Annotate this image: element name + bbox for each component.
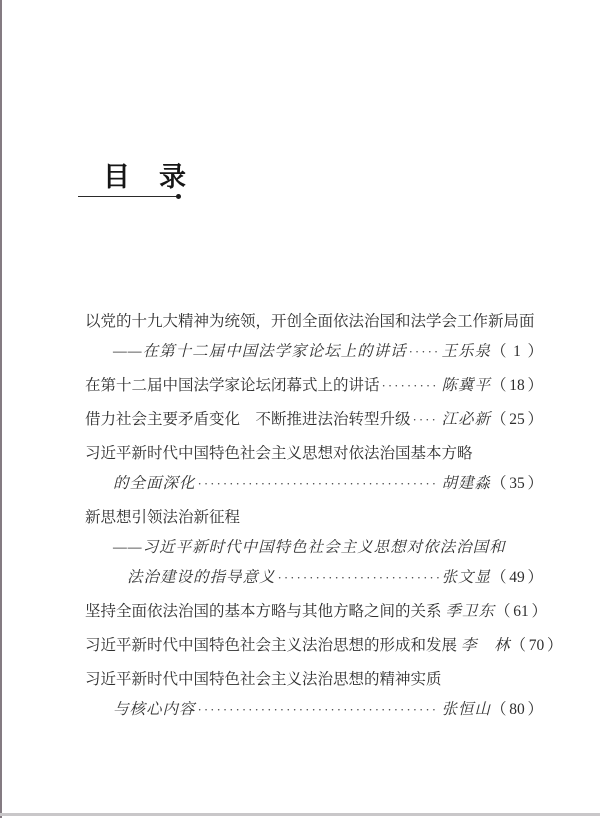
author-name: 李 林 (461, 631, 511, 661)
toc-entry-line: ——习近平新时代中国特色社会主义思想对依法治国和 (85, 533, 543, 563)
title-underline (78, 196, 178, 197)
entry-title-text: 借力社会主要矛盾变化 不断推进法治转型升级 (85, 405, 411, 435)
paren-open: （ (491, 371, 507, 401)
page-number-value: 18 (509, 371, 525, 401)
dot-leader (413, 405, 440, 435)
page-number: （35） (491, 469, 543, 499)
entry-subtitle-text: 的全面深化 (113, 469, 196, 499)
page-number-value: 35 (509, 469, 525, 499)
paren-close: ） (532, 597, 548, 627)
entry-title-text: 习近平新时代中国特色社会主义法治思想的精神实质 (85, 665, 442, 695)
paren-close: ） (527, 405, 543, 435)
toc-entry-line: 在第十二届中国法学家论坛闭幕式上的讲话 陈冀平 （18） (85, 371, 543, 401)
dot-leader (382, 371, 440, 401)
paren-close: ） (527, 469, 543, 499)
paren-close: ） (527, 563, 543, 593)
paren-open: （ (491, 405, 507, 435)
toc-entry: 坚持全面依法治国的基本方略与其他方略之间的关系 季卫东 （61） (85, 597, 543, 627)
toc-entry-line: 习近平新时代中国特色社会主义法治思想的形成和发展 李 林 （70） (85, 631, 543, 661)
page-number: （49） (491, 563, 543, 593)
page-number-value: 70 (529, 631, 545, 661)
entry-title-text: 在第十二届中国法学家论坛闭幕式上的讲话 (85, 371, 380, 401)
entry-subtitle-text: ——习近平新时代中国特色社会主义思想对依法治国和 (113, 533, 506, 563)
author-name: 季卫东 (446, 597, 496, 627)
toc-entry: 以党的十九大精神为统领，开创全面依法治国和法学会工作新局面 ——在第十二届中国法… (85, 307, 543, 367)
entry-title-text: 坚持全面依法治国的基本方略与其他方略之间的关系 (85, 597, 442, 627)
page-content: 目 录 以党的十九大精神为统领，开创全面依法治国和法学会工作新局面 ——在第十二… (0, 164, 600, 725)
dot-leader (278, 563, 440, 593)
toc-entry: 习近平新时代中国特色社会主义思想对依法治国基本方略 的全面深化 胡建淼 （35） (85, 439, 543, 499)
author-name: 胡建淼 (441, 469, 491, 499)
entry-subtitle-text: ——在第十二届中国法学家论坛上的讲话 (113, 337, 407, 367)
page-number-value: 80 (509, 695, 525, 725)
entry-title-text: 以党的十九大精神为统领，开创全面依法治国和法学会工作新局面 (85, 307, 535, 337)
toc-entry-line: 与核心内容 张恒山 （80） (85, 695, 543, 725)
page-number: （1） (491, 337, 543, 367)
page-number: （18） (491, 371, 543, 401)
toc-entry: 借力社会主要矛盾变化 不断推进法治转型升级 江必新 （25） (85, 405, 543, 435)
paren-open: （ (491, 695, 507, 725)
toc-entry-line: ——在第十二届中国法学家论坛上的讲话 王乐泉 （1） (85, 337, 543, 367)
paren-close: ） (527, 337, 543, 367)
toc-entry-line: 习近平新时代中国特色社会主义法治思想的精神实质 (85, 665, 543, 695)
paren-open: （ (491, 563, 507, 593)
author-name: 王乐泉 (441, 337, 491, 367)
dot-leader (198, 469, 440, 499)
toc-entry: 在第十二届中国法学家论坛闭幕式上的讲话 陈冀平 （18） (85, 371, 543, 401)
paren-open: （ (495, 597, 511, 627)
toc-entry-line: 坚持全面依法治国的基本方略与其他方略之间的关系 季卫东 （61） (85, 597, 543, 627)
toc-entry-line: 新思想引领法治新征程 (85, 503, 543, 533)
paren-open: （ (491, 337, 507, 367)
page-number-value: 49 (509, 563, 525, 593)
paren-close: ） (547, 631, 563, 661)
toc-entry-line: 法治建设的指导意义 张文显 （49） (85, 563, 543, 593)
page-number: （25） (491, 405, 543, 435)
entry-title-text: 习近平新时代中国特色社会主义思想对依法治国基本方略 (85, 439, 473, 469)
paren-open: （ (491, 469, 507, 499)
toc-entry: 习近平新时代中国特色社会主义法治思想的形成和发展 李 林 （70） (85, 631, 543, 661)
paren-open: （ (511, 631, 527, 661)
toc-entry-line: 习近平新时代中国特色社会主义思想对依法治国基本方略 (85, 439, 543, 469)
page-bottom-edge-line (0, 813, 600, 816)
toc-entry-line: 的全面深化 胡建淼 （35） (85, 469, 543, 499)
page-number: （61） (495, 597, 547, 627)
toc-entry-line: 以党的十九大精神为统领，开创全面依法治国和法学会工作新局面 (85, 307, 543, 337)
toc-entry: 习近平新时代中国特色社会主义法治思想的精神实质 与核心内容 张恒山 （80） (85, 665, 543, 725)
page-number: （70） (511, 631, 563, 661)
author-name: 张文显 (441, 563, 491, 593)
entry-title-text: 习近平新时代中国特色社会主义法治思想的形成和发展 (85, 631, 457, 661)
author-name: 江必新 (441, 405, 491, 435)
author-name: 陈冀平 (441, 371, 491, 401)
paren-close: ） (527, 695, 543, 725)
page-number-value: 61 (513, 597, 529, 627)
toc-entry-line: 借力社会主要矛盾变化 不断推进法治转型升级 江必新 （25） (85, 405, 543, 435)
page-title: 目 录 (103, 164, 543, 191)
dot-leader (409, 337, 440, 367)
entry-subtitle-text: 法治建设的指导意义 (127, 563, 276, 593)
toc-entry: 新思想引领法治新征程 ——习近平新时代中国特色社会主义思想对依法治国和 法治建设… (85, 503, 543, 593)
paren-close: ） (527, 371, 543, 401)
page-number-value: 25 (509, 405, 525, 435)
scanned-book-page: { "page_title": "目 录", "punct": { "open"… (0, 0, 600, 818)
toc-list: 以党的十九大精神为统领，开创全面依法治国和法学会工作新局面 ——在第十二届中国法… (85, 307, 543, 725)
author-name: 张恒山 (441, 695, 491, 725)
entry-title-text: 新思想引领法治新征程 (85, 503, 240, 533)
entry-subtitle-text: 与核心内容 (113, 695, 196, 725)
page-number-value: 1 (513, 337, 521, 367)
dot-leader (198, 695, 440, 725)
page-number: （80） (491, 695, 543, 725)
